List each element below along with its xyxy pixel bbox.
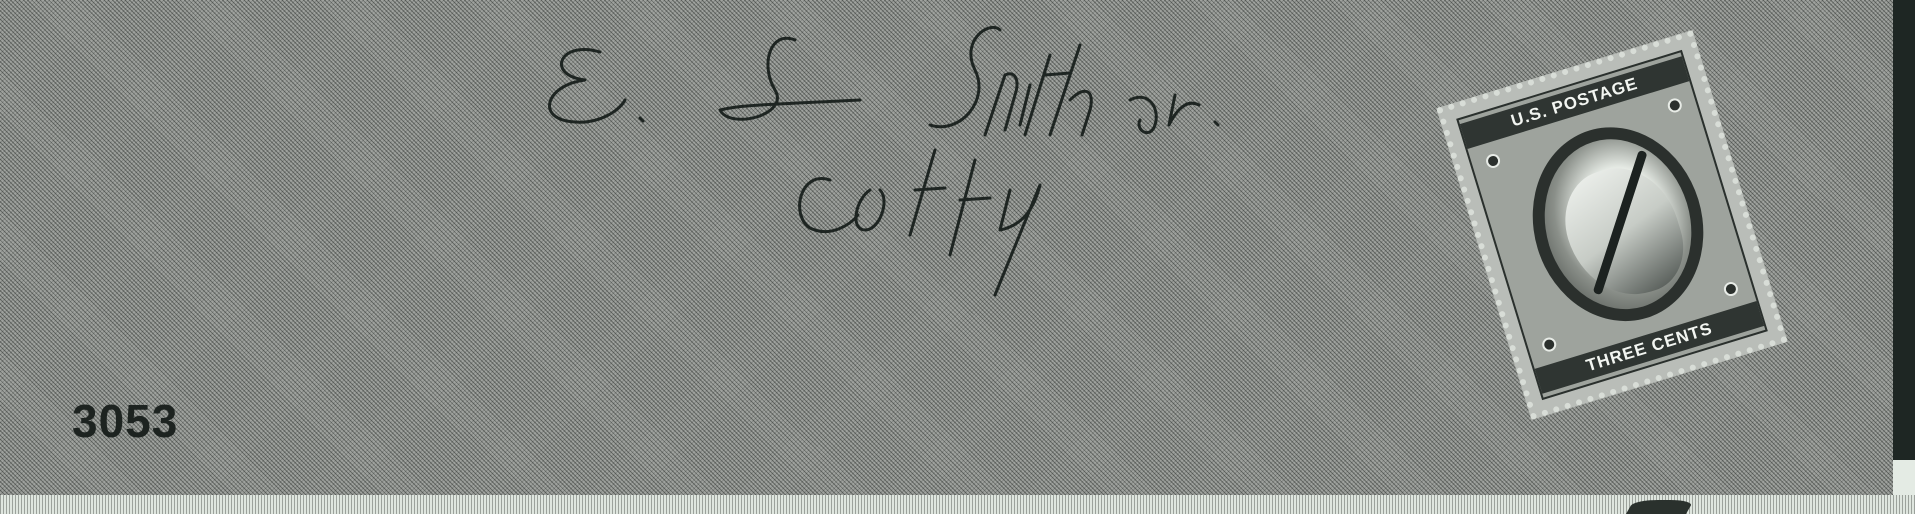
postage-stamp: U.S. POSTAGE THREE CENTS [1436, 30, 1788, 420]
portrait-icon [1552, 154, 1695, 310]
scan-edge-shadow [1893, 0, 1915, 460]
lot-number: 3053 [72, 394, 178, 448]
rosette-icon [1722, 280, 1739, 297]
postal-cover: E. L. Smith Jr. City U.S. POSTAGE THREE … [0, 0, 1893, 495]
ink-blot [1626, 500, 1694, 514]
stamp-frame: U.S. POSTAGE THREE CENTS [1456, 50, 1768, 400]
portrait-medallion [1509, 106, 1727, 343]
rosette-icon [1484, 152, 1501, 169]
rosette-icon [1540, 336, 1557, 353]
stamp-top-text: U.S. POSTAGE [1460, 56, 1689, 149]
rosette-icon [1666, 97, 1683, 114]
